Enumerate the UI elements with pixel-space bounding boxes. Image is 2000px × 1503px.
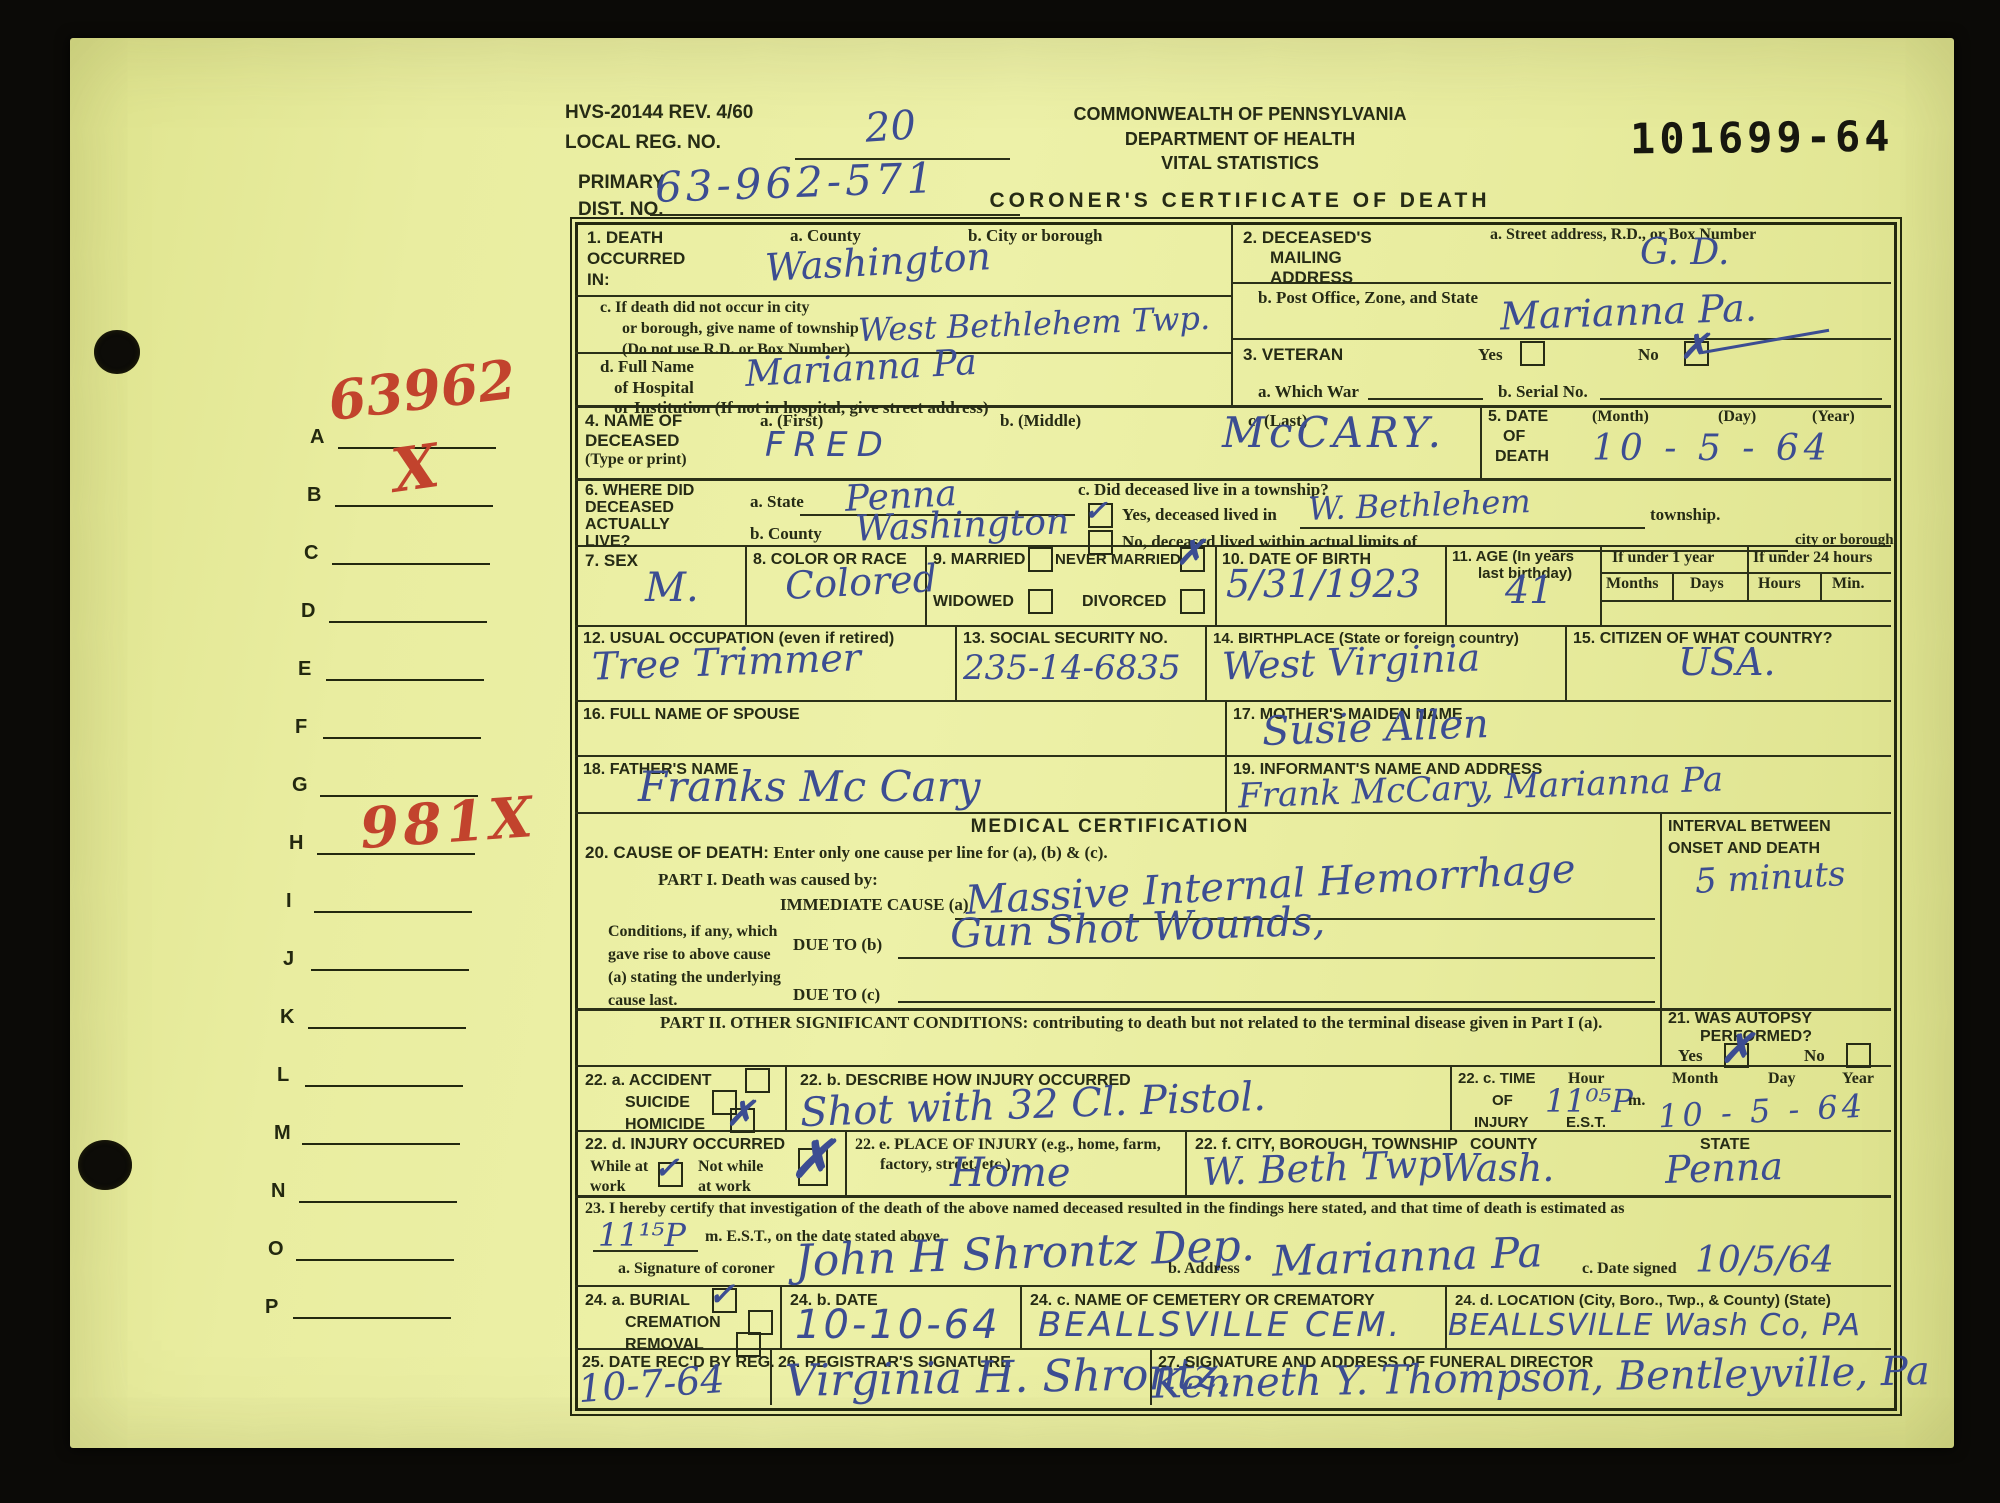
label-interval-line1: INTERVAL BETWEEN xyxy=(1668,818,1831,836)
label-2b-postoffice: b. Post Office, Zone, and State xyxy=(1258,288,1478,308)
field-23c-date-signed-value: 10/5/64 xyxy=(1695,1240,1834,1281)
label-due-to-c: DUE TO (c) xyxy=(793,985,880,1005)
married-checkbox xyxy=(1028,547,1053,572)
label-11-hours: Hours xyxy=(1758,575,1801,593)
field-2a-street-value: G. D. xyxy=(1640,232,1729,273)
label-21-autopsy-line2: PERFORMED? xyxy=(1700,1028,1812,1046)
label-conditions-line2: gave rise to above cause xyxy=(608,946,771,964)
label-immediate-cause: IMMEDIATE CAUSE (a) xyxy=(780,895,969,915)
label-5-year: (Year) xyxy=(1812,408,1855,426)
label-6c-city-borough: city or borough. xyxy=(1795,532,1897,549)
label-1-death: 1. DEATH xyxy=(587,228,663,248)
label-11-min: Min. xyxy=(1832,575,1864,593)
margin-letter: C xyxy=(304,542,318,565)
label-16-spouse: 16. FULL NAME OF SPOUSE xyxy=(583,706,800,724)
margin-letter: I xyxy=(286,890,292,913)
label-4b-middle: b. (Middle) xyxy=(1000,411,1081,431)
field-24b-burial-date-value: 10-10-64 xyxy=(795,1302,1001,1348)
commonwealth-line: COMMONWEALTH OF PENNSYLVANIA xyxy=(940,104,1540,125)
primary-label: PRIMARY xyxy=(578,172,665,194)
label-4-deceased: DECEASED xyxy=(585,431,679,451)
accident-checkbox xyxy=(745,1068,770,1093)
label-conditions-line4: cause last. xyxy=(608,992,677,1010)
label-20-cause: 20. CAUSE OF DEATH: xyxy=(585,843,769,862)
margin-letter: H xyxy=(289,832,303,855)
autopsy-yes-mark: ✗ xyxy=(1720,1029,1754,1069)
label-23a-signature: a. Signature of coroner xyxy=(618,1260,775,1278)
label-6-line4: LIVE? xyxy=(585,533,630,551)
label-22c-time: 22. c. TIME xyxy=(1458,1070,1536,1087)
field-10-birth-value: 5/31/1923 xyxy=(1226,562,1421,606)
label-1d-line1: d. Full Name xyxy=(600,357,694,377)
label-6c-township: township. xyxy=(1650,505,1720,525)
label-part2-bold: PART II. OTHER SIGNIFICANT CONDITIONS: xyxy=(660,1013,1028,1032)
label-22d-injury-occurred: 22. d. INJURY OCCURRED xyxy=(585,1136,785,1154)
local-reg-label: LOCAL REG. NO. xyxy=(565,132,721,154)
never-married-mark: ✗ xyxy=(1176,536,1205,570)
margin-letter: N xyxy=(271,1180,285,1203)
margin-letter: F xyxy=(295,716,307,739)
label-22c-day: Day xyxy=(1768,1070,1796,1088)
label-6c-no: No, deceased lived within actual limits … xyxy=(1122,532,1417,552)
label-6c-question: c. Did deceased live in a township? xyxy=(1078,480,1329,500)
field-23b-address-value: Marianna Pa xyxy=(1271,1227,1543,1285)
label-6-line1: 6. WHERE DID xyxy=(585,482,694,500)
margin-letter: K xyxy=(280,1006,294,1029)
margin-letter: D xyxy=(301,600,315,623)
label-conditions-line1: Conditions, if any, which xyxy=(608,923,777,941)
margin-letter: O xyxy=(268,1238,284,1261)
field-6b-county-value: Washington xyxy=(854,501,1069,549)
label-22d-at-work: at work xyxy=(698,1178,751,1196)
local-reg-value: 20 xyxy=(863,102,917,151)
margin-letter: G xyxy=(292,774,308,797)
not-while-at-work-checkbox: ✗ xyxy=(798,1148,828,1186)
label-11-days: Days xyxy=(1690,575,1724,593)
field-11-age-value: 41 xyxy=(1505,568,1553,612)
while-at-work-checkbox: ✓ xyxy=(658,1162,683,1187)
label-5-of: OF xyxy=(1503,428,1525,446)
veteran-no-mark: ✗ xyxy=(1680,330,1709,364)
label-11-under-1-year: If under 1 year xyxy=(1612,549,1714,567)
label-11-age-line1: 11. AGE (In years xyxy=(1452,548,1574,565)
certificate-title: CORONER'S CERTIFICATE OF DEATH xyxy=(890,189,1590,213)
autopsy-no-checkbox xyxy=(1846,1043,1871,1068)
not-while-at-work-mark: ✗ xyxy=(790,1134,834,1186)
label-7-sex: 7. SEX xyxy=(585,551,638,571)
homicide-mark: ✗ xyxy=(726,1097,755,1131)
margin-letter: L xyxy=(277,1064,289,1087)
margin-letter: B xyxy=(307,484,321,507)
label-1c-line2: or borough, give name of township xyxy=(622,320,859,338)
label-21-no: No xyxy=(1804,1046,1825,1066)
label-23c-date-signed: c. Date signed xyxy=(1582,1260,1677,1278)
label-6-line2: DECEASED xyxy=(585,499,674,517)
label-3-yes: Yes xyxy=(1478,345,1503,365)
certificate-stamp-number: 101699-64 xyxy=(1630,112,1894,164)
label-22d-while-at: While at xyxy=(590,1158,648,1176)
label-6c-yes: Yes, deceased lived in xyxy=(1122,505,1277,525)
field-22f-county-value: Wash. xyxy=(1440,1146,1554,1190)
lived-township-yes-checkbox: ✓ xyxy=(1088,503,1113,528)
field-24d-location-value: BEALLSVILLE Wash Co, PA xyxy=(1448,1308,1861,1343)
form-number: HVS-20144 REV. 4/60 xyxy=(565,102,753,124)
divorced-checkbox xyxy=(1180,589,1205,614)
field-14-birthplace-value: West Virginia xyxy=(1221,636,1481,689)
burial-mark: ✓ xyxy=(708,1278,735,1310)
field-13-ssn-value: 235-14-6835 xyxy=(963,648,1181,688)
label-22c-of: OF xyxy=(1492,1092,1513,1109)
label-5-death: DEATH xyxy=(1495,448,1549,466)
margin-letter: P xyxy=(265,1296,278,1319)
label-23b-address: b. Address xyxy=(1168,1260,1240,1278)
label-1d-line2: of Hospital xyxy=(614,378,694,398)
label-22a-homicide: HOMICIDE xyxy=(625,1116,705,1134)
label-22c-month: Month xyxy=(1672,1070,1718,1088)
field-interval-value: 5 minuts xyxy=(1694,854,1846,902)
label-4-type-print: (Type or print) xyxy=(585,451,687,469)
field-24c-cemetery-value: BEALLSVILLE CEM. xyxy=(1038,1305,1402,1345)
widowed-checkbox xyxy=(1028,589,1053,614)
label-22a-suicide: SUICIDE xyxy=(625,1094,690,1112)
field-6c-township-value: W. Bethlehem xyxy=(1307,482,1531,528)
label-1c-line1: c. If death did not occur in city xyxy=(600,299,809,317)
label-22c-year: Year xyxy=(1842,1070,1874,1088)
dist-no-label: DIST. NO. xyxy=(578,199,664,221)
label-2-mailing: MAILING xyxy=(1270,248,1342,268)
label-9-widowed: WIDOWED xyxy=(933,593,1014,611)
field-12-occupation-value: Tree Trimmer xyxy=(591,635,861,688)
field-7-sex-value: M. xyxy=(645,565,699,611)
scanned-death-certificate: HVS-20144 REV. 4/60 LOCAL REG. NO. 20 PR… xyxy=(0,0,2000,1503)
field-8-race-value: Colored xyxy=(784,556,938,608)
field-22f-city-value: W. Beth Twp xyxy=(1201,1142,1442,1194)
label-2-deceaseds: 2. DECEASED'S xyxy=(1243,228,1372,248)
field-5-date-of-death-value: 10 - 5 - 64 xyxy=(1592,428,1832,469)
label-6a-state: a. State xyxy=(750,492,804,512)
label-22d-not-while: Not while xyxy=(698,1158,763,1176)
label-6-line3: ACTUALLY xyxy=(585,516,670,534)
margin-letter: M xyxy=(274,1122,291,1145)
field-4a-first-value: FRED xyxy=(765,425,892,465)
label-4-name-of: 4. NAME OF xyxy=(585,411,682,431)
label-5-date: 5. DATE xyxy=(1488,408,1548,426)
veteran-yes-checkbox xyxy=(1520,341,1545,366)
red-x-mark: X xyxy=(387,431,443,507)
label-due-to-b: DUE TO (b) xyxy=(793,935,882,955)
label-3a-which-war: a. Which War xyxy=(1258,382,1359,402)
homicide-checkbox: ✗ xyxy=(730,1108,755,1133)
margin-letter: E xyxy=(298,658,311,681)
field-22f-state-value: Penna xyxy=(1664,1144,1783,1192)
label-3b-serial: b. Serial No. xyxy=(1498,382,1588,402)
label-22c-injury: INJURY xyxy=(1474,1114,1528,1131)
label-2-address: ADDRESS xyxy=(1270,268,1353,288)
medical-certification-title: MEDICAL CERTIFICATION xyxy=(860,816,1360,838)
lived-township-yes-mark: ✓ xyxy=(1084,497,1107,525)
label-part1: PART I. Death was caused by: xyxy=(658,870,878,890)
label-part2-rest: contributing to death but not related to… xyxy=(1033,1013,1603,1032)
red-code-mid: 981X xyxy=(358,784,539,862)
field-17-mother-value: Susie Allen xyxy=(1261,701,1489,755)
punch-hole-bottom xyxy=(78,1140,132,1190)
label-22a-accident: 22. a. ACCIDENT xyxy=(585,1072,712,1090)
field-4c-last-value: McCARY. xyxy=(1222,408,1445,457)
label-20-sub: Enter only one cause per line for (a), (… xyxy=(773,843,1107,862)
label-3-no: No xyxy=(1638,345,1659,365)
field-23-time-value: 11¹⁵P xyxy=(598,1216,686,1254)
label-22d-work: work xyxy=(590,1178,626,1196)
label-23-statement: 23. I hereby certify that investigation … xyxy=(585,1200,1625,1218)
burial-checkbox: ✓ xyxy=(712,1288,737,1313)
vital-statistics-line: VITAL STATISTICS xyxy=(940,153,1540,174)
department-line: DEPARTMENT OF HEALTH xyxy=(940,129,1540,150)
label-13-ssn: 13. SOCIAL SECURITY NO. xyxy=(963,630,1168,648)
label-24a-removal: REMOVAL xyxy=(625,1336,704,1354)
autopsy-yes-checkbox: ✗ xyxy=(1724,1043,1749,1068)
label-3-veteran: 3. VETERAN xyxy=(1243,345,1343,365)
field-15-citizen-value: USA. xyxy=(1678,640,1776,684)
label-24a-burial: 24. a. BURIAL xyxy=(585,1292,690,1310)
punch-hole-top xyxy=(94,330,140,374)
label-6b-county: b. County xyxy=(750,524,822,544)
never-married-checkbox: ✗ xyxy=(1180,547,1205,572)
label-11-months: Months xyxy=(1606,575,1658,593)
label-1-in: IN: xyxy=(587,270,610,290)
label-11-under-24-hours: If under 24 hours xyxy=(1753,549,1872,567)
field-2b-postoffice-value: Marianna Pa. xyxy=(1499,286,1757,339)
label-1b-city: b. City or borough xyxy=(968,226,1102,246)
label-24a-cremation: CREMATION xyxy=(625,1314,721,1332)
margin-letter: J xyxy=(283,948,294,971)
label-9-married: 9. MARRIED xyxy=(933,551,1025,569)
label-interval-line2: ONSET AND DEATH xyxy=(1668,840,1820,858)
label-5-day: (Day) xyxy=(1718,408,1756,426)
field-18-father-value: Franks Mc Cary xyxy=(638,762,981,811)
label-1-occurred: OCCURRED xyxy=(587,249,685,269)
label-24d-location: 24. d. LOCATION (City, Boro., Twp., & Co… xyxy=(1455,1292,1831,1309)
label-9-divorced: DIVORCED xyxy=(1082,593,1166,611)
label-22c-est: E.S.T. xyxy=(1566,1114,1606,1131)
while-at-work-mark: ✓ xyxy=(654,1154,679,1184)
field-22e-place-value: Home xyxy=(950,1150,1071,1196)
label-9-never-married: NEVER MARRIED xyxy=(1055,551,1181,568)
margin-letter: A xyxy=(310,426,324,449)
label-22c-m: m. xyxy=(1628,1092,1645,1110)
label-21-yes: Yes xyxy=(1678,1046,1703,1066)
label-conditions-line3: (a) stating the underlying xyxy=(608,969,781,987)
label-5-month: (Month) xyxy=(1592,408,1649,426)
